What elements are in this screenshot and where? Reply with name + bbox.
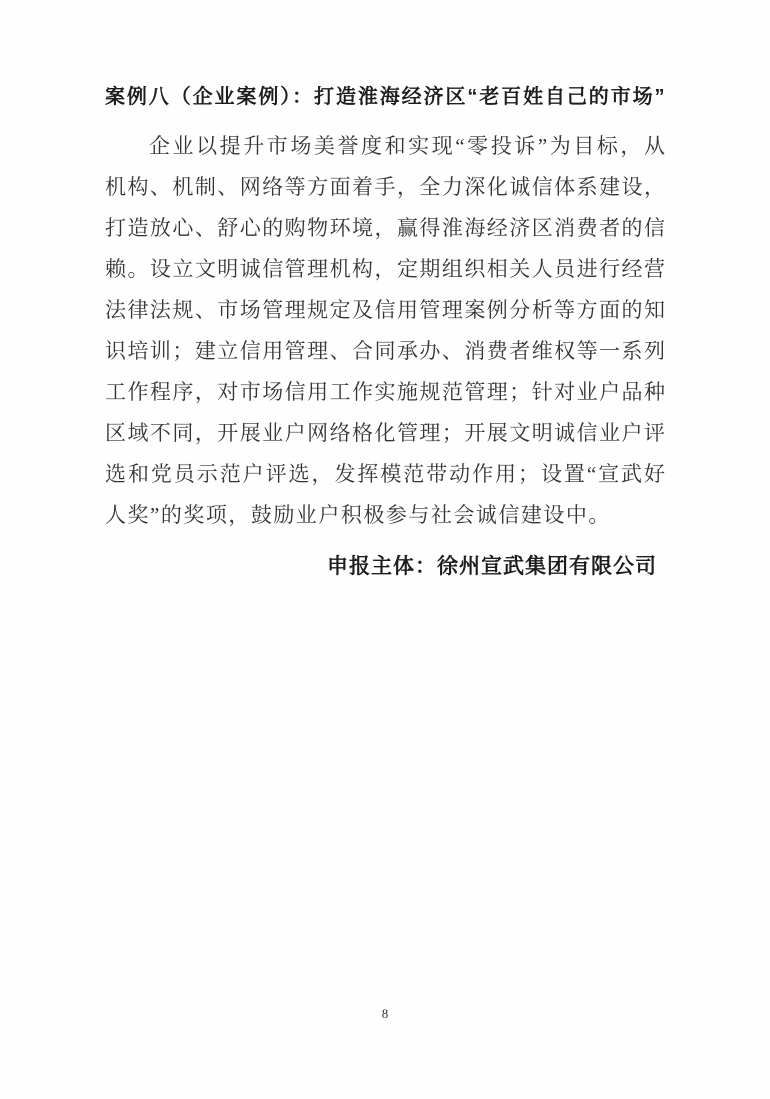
paragraph-line: 机构、机制、网络等方面着手，全力深化诚信体系建设， bbox=[105, 167, 665, 208]
paragraph-line: 区域不同，开展业户网络格化管理；开展文明诚信业户评 bbox=[105, 413, 665, 454]
paragraph-line: 企业以提升市场美誉度和实现“零投诉”为目标，从 bbox=[105, 126, 665, 167]
document-title: 案例八（企业案例）：打造淮海经济区“老百姓自己的市场” bbox=[105, 85, 665, 109]
page-number: 8 bbox=[105, 1006, 665, 1022]
document-page: 案例八（企业案例）：打造淮海经济区“老百姓自己的市场” 企业以提升市场美誉度和实… bbox=[0, 0, 770, 1099]
paragraph-line: 赖。设立文明诚信管理机构，定期组织相关人员进行经营 bbox=[105, 249, 665, 290]
paragraph-line: 选和党员示范户评选，发挥模范带动作用；设置“宣武好 bbox=[105, 454, 665, 495]
document-content: 案例八（企业案例）：打造淮海经济区“老百姓自己的市场” 企业以提升市场美誉度和实… bbox=[105, 85, 665, 581]
body-paragraph: 企业以提升市场美誉度和实现“零投诉”为目标，从 机构、机制、网络等方面着手，全力… bbox=[105, 126, 665, 536]
paragraph-line: 工作程序，对市场信用工作实施规范管理；针对业户品种 bbox=[105, 372, 665, 413]
paragraph-line: 识培训；建立信用管理、合同承办、消费者维权等一系列 bbox=[105, 331, 665, 372]
paragraph-line: 打造放心、舒心的购物环境，赢得淮海经济区消费者的信 bbox=[105, 208, 665, 249]
paragraph-line: 法律法规、市场管理规定及信用管理案例分析等方面的知 bbox=[105, 290, 665, 331]
paragraph-line: 人奖”的奖项，鼓励业户积极参与社会诚信建设中。 bbox=[105, 495, 665, 536]
signature-line: 申报主体：徐州宣武集团有限公司 bbox=[105, 551, 665, 581]
